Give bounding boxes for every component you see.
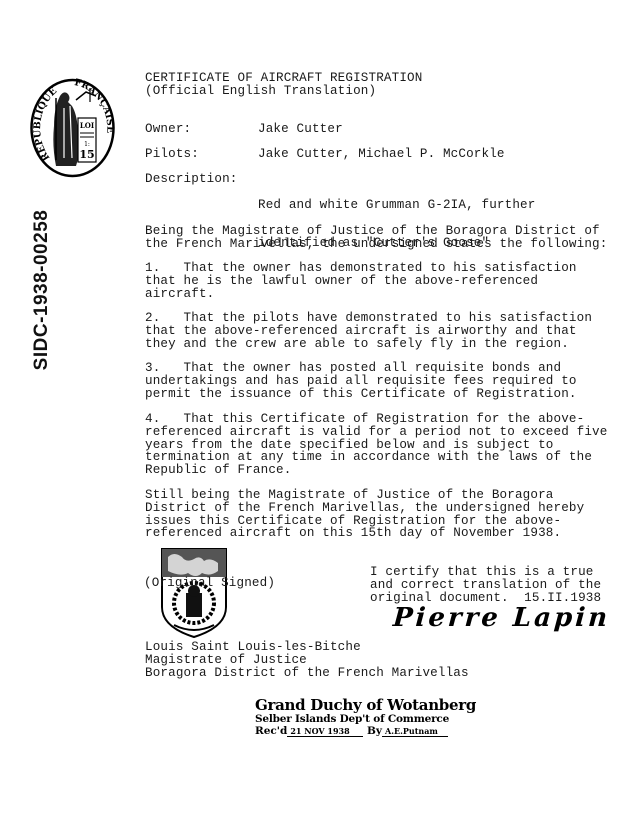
certificate-subtitle: (Official English Translation) [145,85,376,98]
received-label: Rec'd [255,725,287,737]
text-line: 4. That this Certificate of Registration… [145,413,615,426]
translator-certification: I certify that this is a true and correc… [370,566,601,604]
text-line: the French Marivellas, the undersigned s… [145,238,615,251]
clause-1: 1. That the owner has demonstrated to hi… [145,262,615,300]
coat-of-arms-shield-icon [160,547,228,639]
text-line: I certify that this is a true [370,566,601,579]
text-line: 2. That the pilots have demonstrated to … [145,312,615,325]
stamp-line-duchy: Grand Duchy of Wotanberg [255,697,476,713]
magistrate-name: Louis Saint Louis-les-Bitche [145,641,469,654]
pilots-value: Jake Cutter, Michael P. McCorkle [258,148,505,161]
coat-of-arms [160,547,228,639]
svg-text:15: 15 [79,148,94,161]
text-line: referenced aircraft on this 15th day of … [145,527,615,540]
clause-3: 3. That the owner has posted all requisi… [145,362,615,400]
pilots-label: Pilots: [145,148,199,161]
text-line: Being the Magistrate of Justice of the B… [145,225,615,238]
clause-2: 2. That the pilots have demonstrated to … [145,312,615,350]
magistrate-district: Boragora District of the French Marivell… [145,667,469,680]
text-line: Republic of France. [145,464,615,477]
stamp-line-department: Selber Islands Dep't of Commerce [255,713,476,725]
owner-label: Owner: [145,123,191,136]
description-label: Description: [145,173,238,186]
by-label: By [367,725,382,737]
document-reference-id: SIDC-1938-00258 [12,210,72,370]
description-line: Red and white Grumman G-2IA, further [258,199,535,212]
text-line: they and the crew are able to safely fly… [145,338,615,351]
text-line: and correct translation of the [370,579,601,592]
stamp-received-line: Rec'd21 NOV 1938 ByA.E.Putnam [255,725,476,737]
text-line: 1. That the owner has demonstrated to hi… [145,262,615,275]
text-line: permit the issuance of this Certificate … [145,388,615,401]
received-date: 21 NOV 1938 [287,726,363,737]
text-line: District of the French Marivellas, the u… [145,502,615,515]
intro-paragraph: Being the Magistrate of Justice of the B… [145,225,615,251]
original-signed-note: (Original Signed) [144,577,275,590]
clause-4: 4. That this Certificate of Registration… [145,413,615,477]
text-line: aircraft. [145,288,615,301]
text-line: undertakings and has paid all requisite … [145,375,615,388]
received-by-name: A.E.Putnam [382,726,448,737]
french-republic-seal-icon: RÉPUBLIQUE FRANÇAISE LOI 1: 15 [30,78,115,178]
french-republic-seal: RÉPUBLIQUE FRANÇAISE LOI 1: 15 [30,78,115,178]
magistrate-block: Louis Saint Louis-les-Bitche Magistrate … [145,641,469,679]
received-stamp: Grand Duchy of Wotanberg Selber Islands … [255,697,476,737]
svg-text:1:: 1: [84,141,90,148]
text-line: Still being the Magistrate of Justice of… [145,489,615,502]
text-line: that the above-referenced aircraft is ai… [145,325,615,338]
translator-signature: Pierre Lapin [392,603,611,633]
reference-id-text: SIDC-1938-00258 [31,210,53,371]
text-line: that he is the lawful owner of the above… [145,275,615,288]
closing-paragraph: Still being the Magistrate of Justice of… [145,489,615,540]
text-line: 3. That the owner has posted all requisi… [145,362,615,375]
text-line: referenced aircraft is valid for a perio… [145,426,615,439]
certificate-title: CERTIFICATE OF AIRCRAFT REGISTRATION [145,72,422,85]
owner-value: Jake Cutter [258,123,343,136]
svg-text:LOI: LOI [80,121,94,130]
magistrate-title: Magistrate of Justice [145,654,469,667]
